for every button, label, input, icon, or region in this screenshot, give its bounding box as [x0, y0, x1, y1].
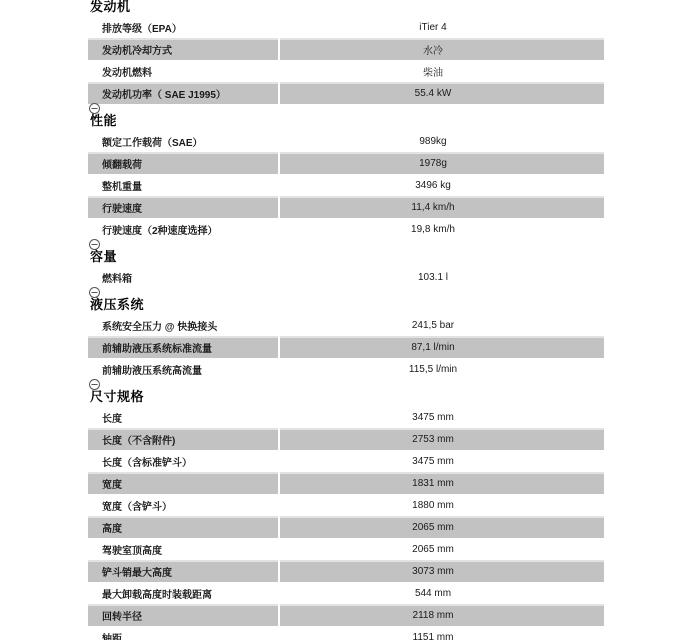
spec-section-dimensions: 尺寸规格 长度 3475 mm 长度（不含附件) 2753 mm 长度（含标准铲… [88, 378, 604, 640]
section-title: 性能 [90, 114, 604, 128]
spec-section-performance: 性能 额定工作载荷（SAE） 989kg 倾翻载荷 1978g 整机重量 349… [88, 102, 604, 240]
table-row: 轴距 1151 mm [88, 626, 604, 640]
spec-rows: 系统安全压力 @ 快换接头 241,5 bar 前辅助液压系统标准流量 87,1… [88, 314, 604, 380]
spec-label: 长度 [88, 406, 278, 428]
spec-label: 驾驶室顶高度 [88, 538, 278, 560]
spec-section-hydraulics: 液压系统 系统安全压力 @ 快换接头 241,5 bar 前辅助液压系统标准流量… [88, 286, 604, 380]
minus-circle-icon [89, 103, 100, 114]
table-row: 长度（不含附件) 2753 mm [88, 428, 604, 450]
spec-label: 行驶速度 [88, 196, 278, 218]
spec-value: 55.4 kW [280, 82, 604, 104]
table-row: 发动机燃料 柴油 [88, 60, 604, 82]
table-row: 宽度（含铲斗） 1880 mm [88, 494, 604, 516]
table-row: 长度 3475 mm [88, 406, 604, 428]
spec-rows: 额定工作载荷（SAE） 989kg 倾翻载荷 1978g 整机重量 3496 k… [88, 130, 604, 240]
minus-circle-icon [89, 287, 100, 298]
table-row: 整机重量 3496 kg [88, 174, 604, 196]
spec-value: 115,5 l/min [280, 358, 604, 380]
spec-value: 19,8 km/h [280, 218, 604, 240]
spec-label: 回转半径 [88, 604, 278, 626]
spec-label: 系统安全压力 @ 快换接头 [88, 314, 278, 336]
spec-value: 1978g [280, 152, 604, 174]
section-title: 液压系统 [90, 298, 604, 312]
spec-value: 1151 mm [280, 626, 604, 640]
spec-rows: 燃料箱 103.1 l [88, 266, 604, 288]
table-row: 宽度 1831 mm [88, 472, 604, 494]
section-title: 发动机 [90, 0, 604, 14]
spec-section-capacity: 容量 燃料箱 103.1 l [88, 238, 604, 288]
spec-label: 前辅助液压系统标准流量 [88, 336, 278, 358]
spec-value: 2118 mm [280, 604, 604, 626]
table-row: 发动机冷却方式 水冷 [88, 38, 604, 60]
spec-label: 燃料箱 [88, 266, 278, 288]
table-row: 驾驶室顶高度 2065 mm [88, 538, 604, 560]
spec-label: 整机重量 [88, 174, 278, 196]
spec-value: 2065 mm [280, 516, 604, 538]
spec-value: 989kg [280, 130, 604, 152]
spec-label: 前辅助液压系统高流量 [88, 358, 278, 380]
spec-value: 11,4 km/h [280, 196, 604, 218]
spec-value: 柴油 [280, 60, 604, 82]
table-row: 铲斗销最大高度 3073 mm [88, 560, 604, 582]
minus-circle-icon [89, 239, 100, 250]
table-row: 长度（含标准铲斗） 3475 mm [88, 450, 604, 472]
spec-label: 倾翻载荷 [88, 152, 278, 174]
spec-value: 1831 mm [280, 472, 604, 494]
table-row: 行驶速度（2种速度选择） 19,8 km/h [88, 218, 604, 240]
spec-value: 3496 kg [280, 174, 604, 196]
spec-label: 铲斗销最大高度 [88, 560, 278, 582]
spec-label: 宽度（含铲斗） [88, 494, 278, 516]
table-row: 最大卸载高度时装载距离 544 mm [88, 582, 604, 604]
spec-label: 发动机冷却方式 [88, 38, 278, 60]
spec-value: 3073 mm [280, 560, 604, 582]
table-row: 燃料箱 103.1 l [88, 266, 604, 288]
table-row: 发动机功率（ SAE J1995） 55.4 kW [88, 82, 604, 104]
table-row: 前辅助液压系统高流量 115,5 l/min [88, 358, 604, 380]
spec-value: 544 mm [280, 582, 604, 604]
minus-circle-icon [89, 379, 100, 390]
spec-value: 241,5 bar [280, 314, 604, 336]
table-row: 排放等级（EPA） iTier 4 [88, 16, 604, 38]
table-row: 前辅助液压系统标准流量 87,1 l/min [88, 336, 604, 358]
spec-label: 发动机燃料 [88, 60, 278, 82]
table-row: 额定工作载荷（SAE） 989kg [88, 130, 604, 152]
spec-value: 水冷 [280, 38, 604, 60]
section-title: 尺寸规格 [90, 390, 604, 404]
spec-rows: 排放等级（EPA） iTier 4 发动机冷却方式 水冷 发动机燃料 柴油 发动… [88, 16, 604, 104]
spec-label: 长度（含标准铲斗） [88, 450, 278, 472]
spec-value: 2065 mm [280, 538, 604, 560]
spec-value: 103.1 l [280, 266, 604, 288]
spec-value: 87,1 l/min [280, 336, 604, 358]
spec-label: 宽度 [88, 472, 278, 494]
spec-label: 发动机功率（ SAE J1995） [88, 82, 278, 104]
spec-value: 1880 mm [280, 494, 604, 516]
spec-value: 3475 mm [280, 450, 604, 472]
section-title: 容量 [90, 250, 604, 264]
spec-sheet-page: 发动机 排放等级（EPA） iTier 4 发动机冷却方式 水冷 发动机燃料 柴… [0, 0, 692, 640]
table-row: 系统安全压力 @ 快换接头 241,5 bar [88, 314, 604, 336]
table-row: 行驶速度 11,4 km/h [88, 196, 604, 218]
spec-section-engine: 发动机 排放等级（EPA） iTier 4 发动机冷却方式 水冷 发动机燃料 柴… [88, 0, 604, 104]
spec-label: 高度 [88, 516, 278, 538]
spec-value: iTier 4 [280, 16, 604, 38]
spec-value: 3475 mm [280, 406, 604, 428]
spec-label: 额定工作载荷（SAE） [88, 130, 278, 152]
spec-rows: 长度 3475 mm 长度（不含附件) 2753 mm 长度（含标准铲斗） 34… [88, 406, 604, 640]
spec-label: 长度（不含附件) [88, 428, 278, 450]
spec-label: 最大卸载高度时装载距离 [88, 582, 278, 604]
table-row: 回转半径 2118 mm [88, 604, 604, 626]
spec-label: 轴距 [88, 626, 278, 640]
table-row: 倾翻载荷 1978g [88, 152, 604, 174]
spec-label: 行驶速度（2种速度选择） [88, 218, 278, 240]
spec-label: 排放等级（EPA） [88, 16, 278, 38]
table-row: 高度 2065 mm [88, 516, 604, 538]
spec-value: 2753 mm [280, 428, 604, 450]
